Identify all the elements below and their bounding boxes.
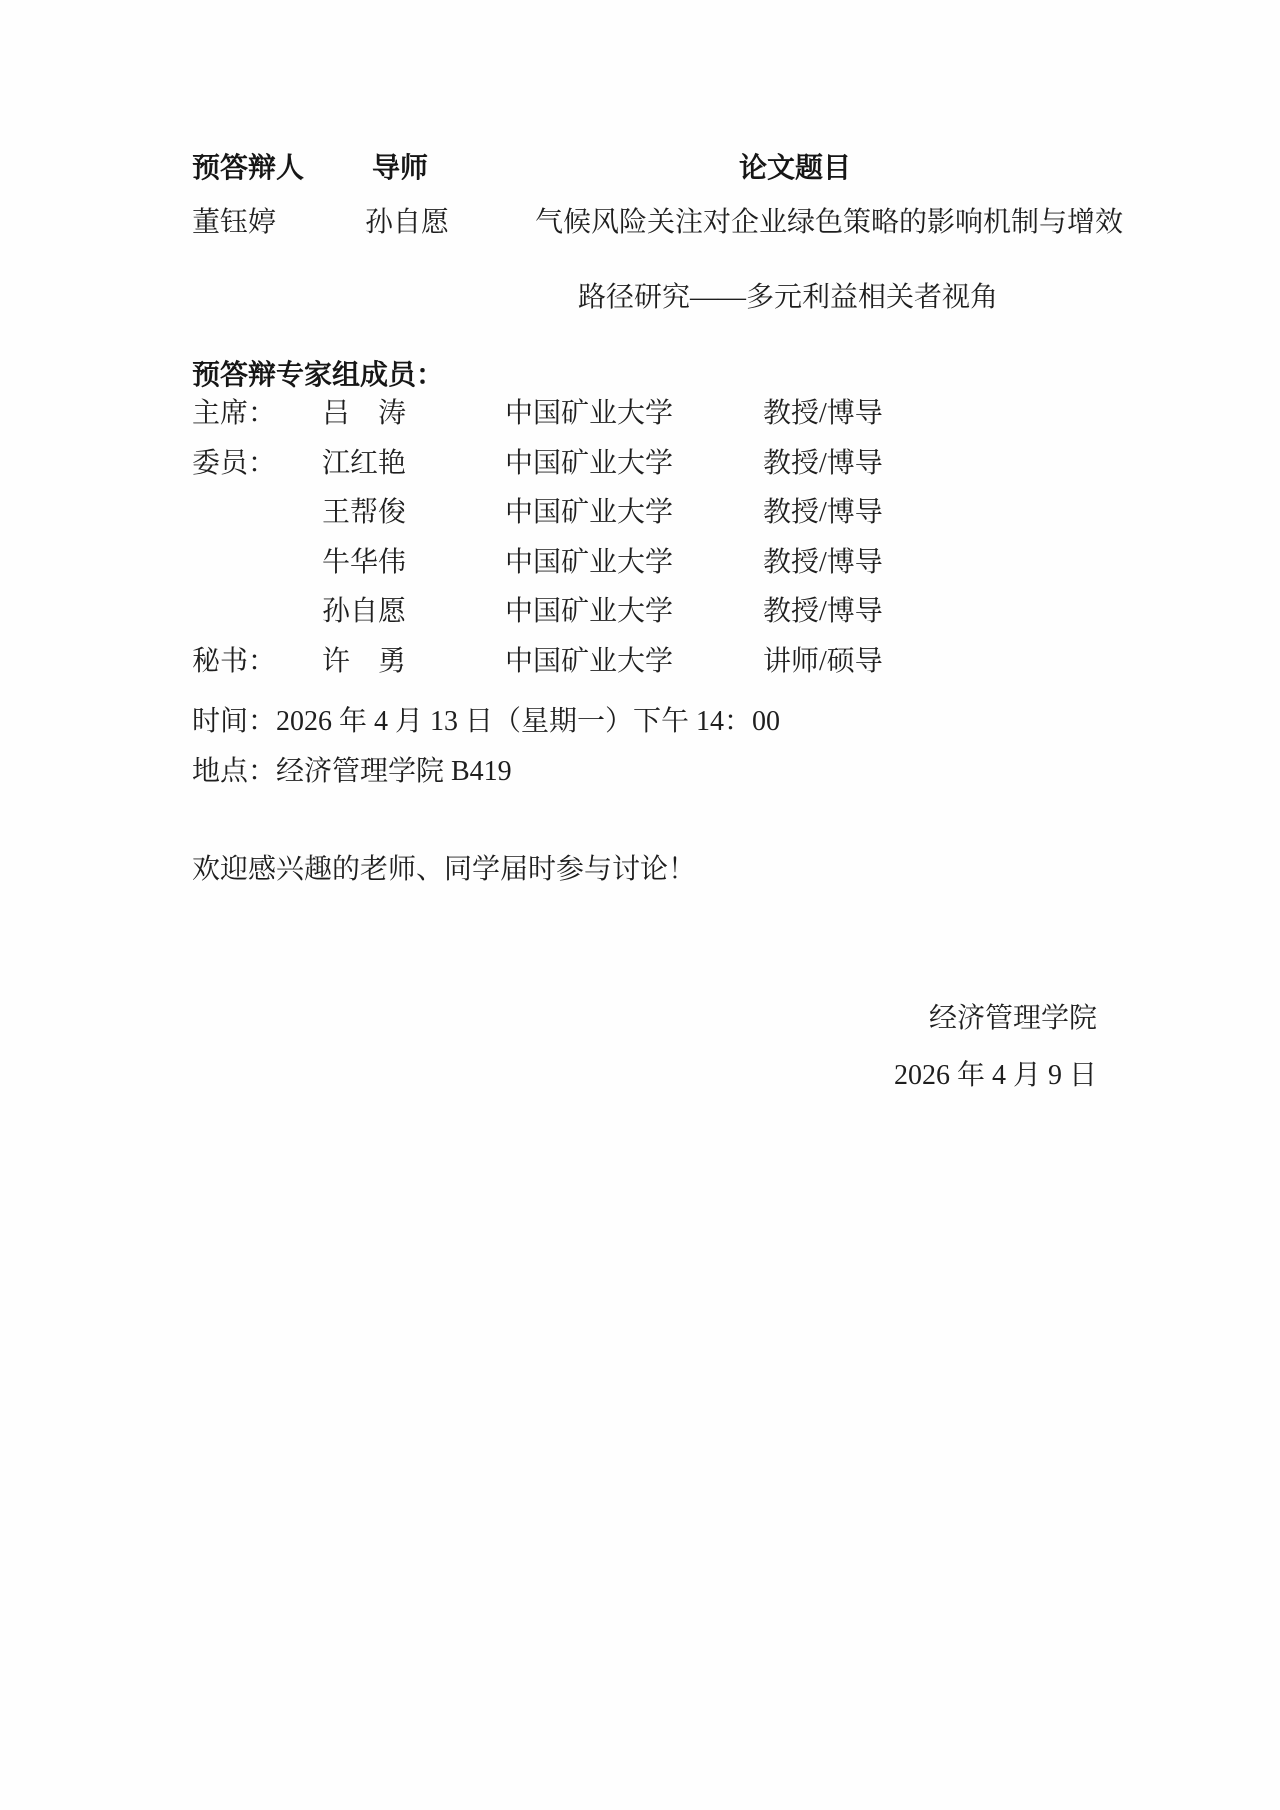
member-role: 主席： (192, 398, 276, 430)
member-affiliation: 中国矿业大学 (505, 497, 673, 529)
member-name: 江红艳 (322, 448, 406, 480)
committee-heading: 预答辩专家组成员： (192, 359, 444, 391)
advisor-column-header: 导师 (372, 152, 428, 184)
committee-row: 秘书： 许 勇 中国矿业大学 讲师/硕导 (0, 646, 1280, 680)
committee-row: 牛华伟 中国矿业大学 教授/博导 (0, 547, 1280, 581)
committee-row: 王帮俊 中国矿业大学 教授/博导 (0, 497, 1280, 531)
signature-block: 经济管理学院 2026 年 4 月 9 日 (894, 1003, 1097, 1092)
member-title: 教授/博导 (763, 596, 883, 628)
committee-row: 孙自愿 中国矿业大学 教授/博导 (0, 596, 1280, 630)
member-affiliation: 中国矿业大学 (505, 398, 673, 430)
member-role: 秘书： (192, 646, 276, 678)
invitation-line: 欢迎感兴趣的老师、同学届时参与讨论！ (192, 854, 696, 886)
member-title: 讲师/硕导 (763, 646, 883, 678)
candidate-name: 董钰婷 (192, 207, 276, 239)
member-title: 教授/博导 (763, 398, 883, 430)
member-name: 孙自愿 (322, 596, 406, 628)
thesis-column-header: 论文题目 (739, 152, 851, 184)
member-role: 委员： (192, 448, 276, 480)
thesis-title-line2: 路径研究——多元利益相关者视角 (578, 282, 998, 314)
member-affiliation: 中国矿业大学 (505, 547, 673, 579)
signature-date: 2026 年 4 月 9 日 (894, 1060, 1097, 1092)
candidate-column-header: 预答辩人 (192, 152, 304, 184)
member-affiliation: 中国矿业大学 (505, 448, 673, 480)
member-title: 教授/博导 (763, 547, 883, 579)
committee-row: 主席： 吕 涛 中国矿业大学 教授/博导 (0, 398, 1280, 432)
member-name: 王帮俊 (322, 497, 406, 529)
member-title: 教授/博导 (763, 448, 883, 480)
announcement-page: 预答辩人 导师 论文题目 董钰婷 孙自愿 气候风险关注对企业绿色策略的影响机制与… (0, 0, 1280, 1810)
signature-organization: 经济管理学院 (894, 1003, 1097, 1035)
member-affiliation: 中国矿业大学 (505, 596, 673, 628)
member-title: 教授/博导 (763, 497, 883, 529)
thesis-title-line1: 气候风险关注对企业绿色策略的影响机制与增效 (535, 207, 1123, 239)
member-name: 许 勇 (322, 646, 406, 678)
member-affiliation: 中国矿业大学 (505, 646, 673, 678)
time-line: 时间：2026 年 4 月 13 日（星期一）下午 14：00 (192, 706, 780, 738)
member-name: 牛华伟 (322, 547, 406, 579)
location-line: 地点：经济管理学院 B419 (192, 756, 512, 788)
advisor-name: 孙自愿 (365, 207, 449, 239)
committee-row: 委员： 江红艳 中国矿业大学 教授/博导 (0, 448, 1280, 482)
member-name: 吕 涛 (322, 398, 406, 430)
